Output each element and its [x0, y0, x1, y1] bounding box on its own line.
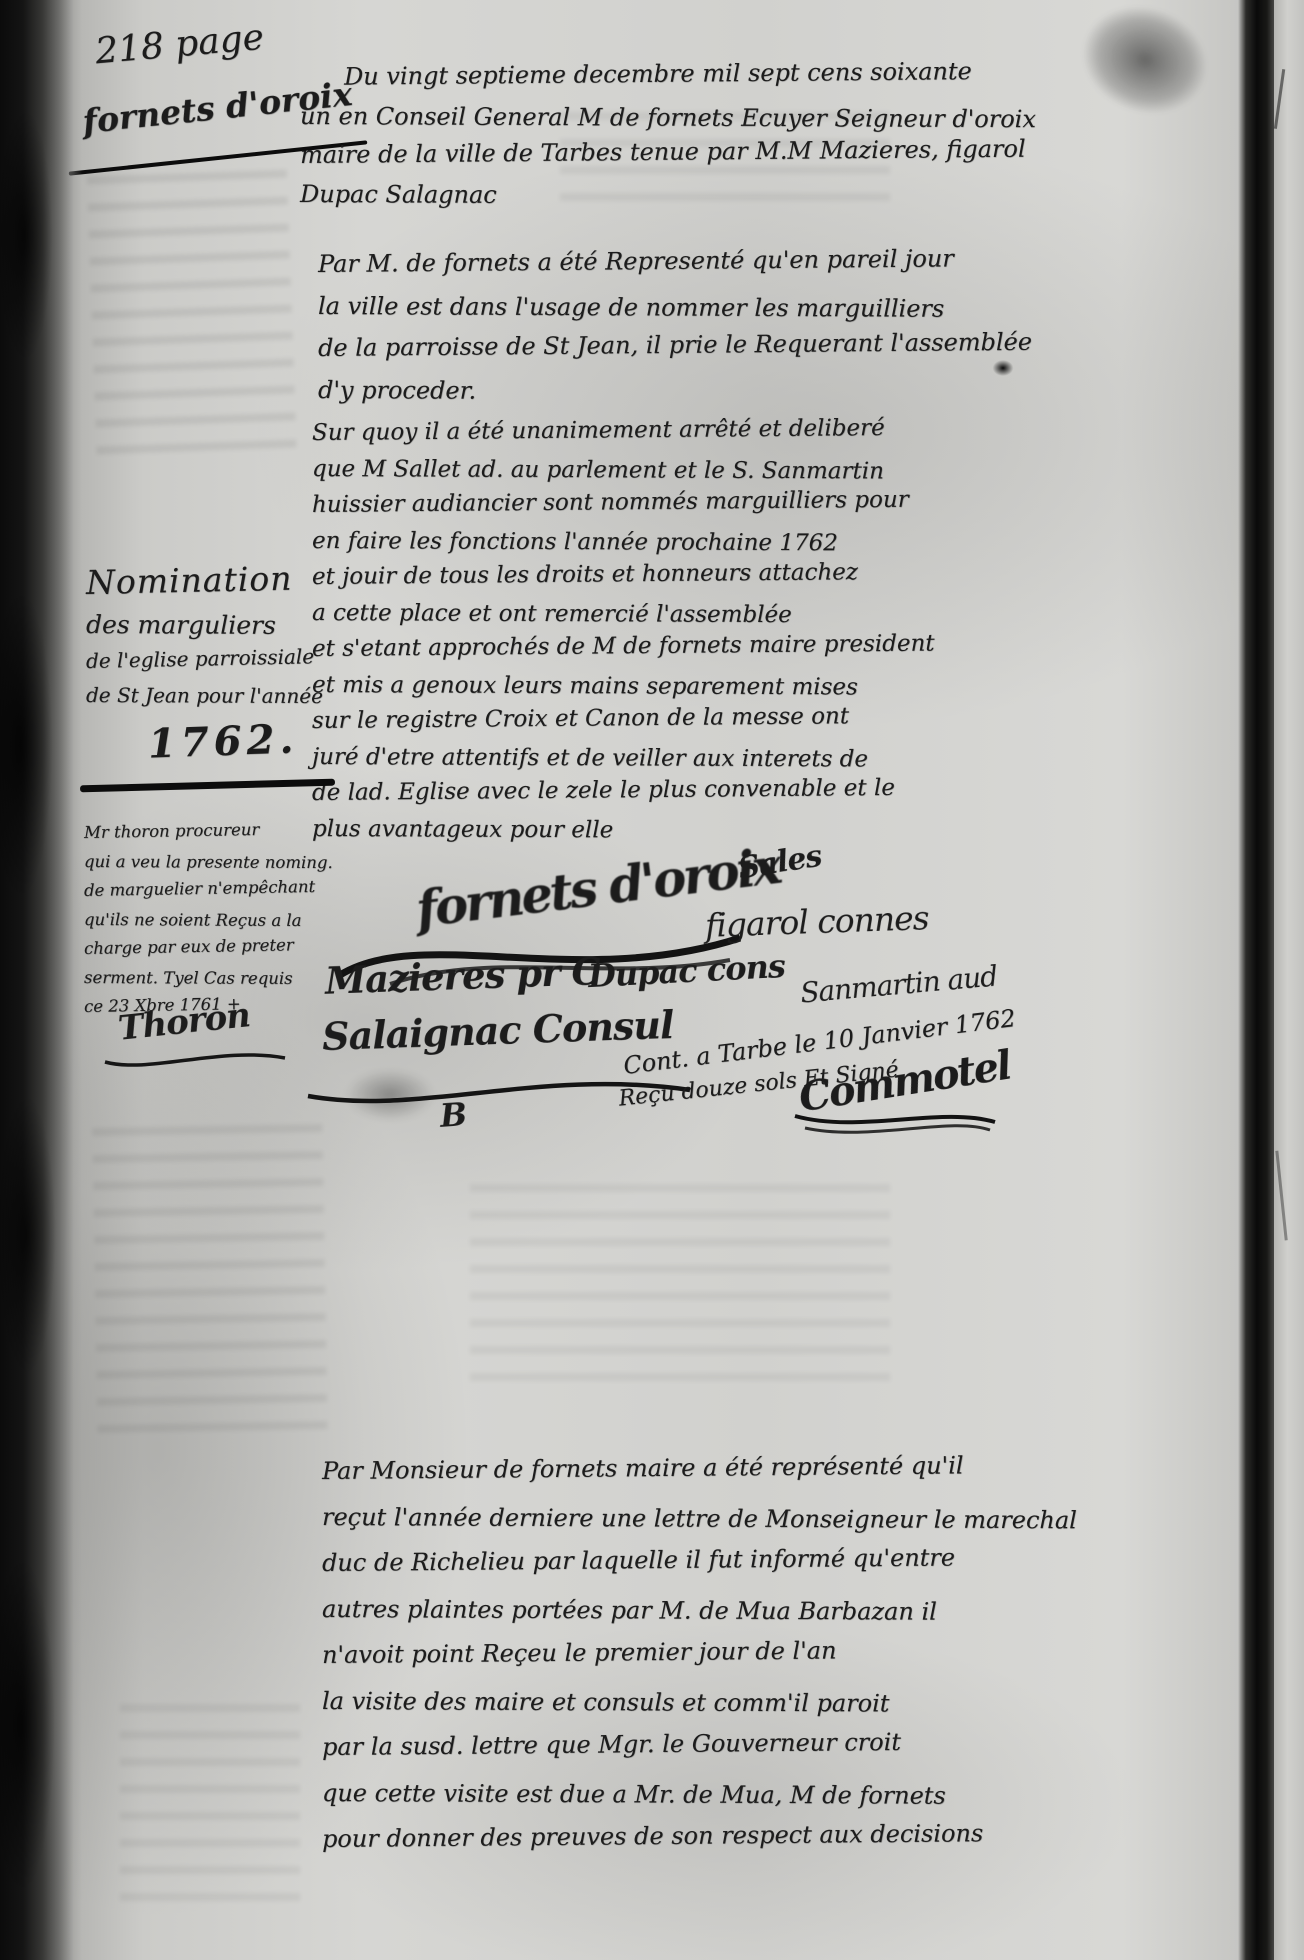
- text-line: sur le registre Croix et Canon de la mes…: [312, 697, 1032, 739]
- text-line: charge par eux de preter: [84, 930, 329, 963]
- sanmartin-signature: Sanmartin aud: [799, 959, 998, 1009]
- text-line: de lad. Eglise avec le zele le plus conv…: [312, 769, 1032, 811]
- page-gutter-shadow: [1238, 0, 1274, 1960]
- text-line: Par M. de fornets a été Representé qu'en…: [318, 237, 1033, 285]
- text-line: Nomination: [86, 555, 317, 606]
- manuscript-page-scan: 218 page fornets d'oroix Du vingt septie…: [0, 0, 1304, 1960]
- text-line: Sur quoy il a été unanimement arrêté et …: [312, 409, 1032, 451]
- figarol-signature: figarol connes: [704, 898, 929, 945]
- bleed-through-text: [92, 1118, 328, 1452]
- paragraph-opening: Du vingt septieme decembre mil sept cens…: [300, 58, 1030, 214]
- page-number: 218 page: [94, 17, 266, 73]
- text-line: duc de Richelieu par laquelle il fut inf…: [322, 1534, 1042, 1586]
- thoron-signature-flourish: [100, 1044, 290, 1074]
- adjacent-page-edge: [1274, 0, 1304, 1960]
- bleed-through-text: [470, 1180, 890, 1400]
- margin-act-title: Nominationdes marguliersde l'eglise parr…: [86, 560, 316, 712]
- text-line: pour donner des preuves de son respect a…: [322, 1810, 1042, 1862]
- bleed-through-text: [87, 167, 297, 474]
- margin-year-rule: [80, 779, 335, 793]
- edge-writing-fragment: [1275, 1150, 1298, 1241]
- book-binding-left: [0, 0, 82, 1960]
- commotel-flourish: [790, 1104, 1000, 1138]
- text-line: par la susd. lettre que Mgr. le Gouverne…: [322, 1718, 1042, 1770]
- paraph-mark: B: [439, 1095, 468, 1135]
- salaignac-signature: Salaignac Consul: [321, 1002, 674, 1059]
- text-line: de St Jean pour l'année: [86, 678, 316, 713]
- ink-smudge: [1041, 0, 1249, 155]
- mazieres-signature: Mazieres pr C: [324, 949, 600, 1003]
- text-line: d'y proceder.: [318, 369, 1033, 414]
- margin-procureur-note: Mr thoron procureurqui a veu la presente…: [84, 818, 329, 1021]
- edge-writing-fragment: [1274, 69, 1300, 131]
- text-line: et s'etant approchés de M de fornets mai…: [312, 625, 1032, 667]
- paragraph-request: Par M. de fornets a été Representé qu'en…: [318, 243, 1033, 411]
- text-line: Dupac Salagnac: [300, 175, 1030, 217]
- text-line: Par Monsieur de fornets maire a été repr…: [322, 1442, 1042, 1494]
- text-line: n'avoit point Reçeu le premier jour de l…: [322, 1626, 1042, 1678]
- text-line: Du vingt septieme decembre mil sept cens…: [300, 52, 1030, 97]
- text-line: plus avantageux pour elle: [312, 811, 1032, 850]
- text-line: de l'eglise parroissiale: [86, 639, 317, 678]
- paragraph-deliberation: Sur quoy il a été unanimement arrêté et …: [312, 415, 1032, 847]
- margin-year: 1762.: [147, 715, 299, 767]
- text-line: et jouir de tous les droits et honneurs …: [312, 553, 1032, 595]
- text-line: huissier audiancier sont nommés marguill…: [312, 481, 1032, 523]
- text-line: maire de la ville de Tarbes tenue par M.…: [300, 130, 1030, 175]
- bleed-through-text: [120, 1700, 300, 1920]
- text-line: de la parroisse de St Jean, il prie le R…: [318, 321, 1033, 369]
- text-line: de marguelier n'empêchant: [84, 872, 329, 905]
- paragraph-second-act: Par Monsieur de fornets maire a été repr…: [322, 1448, 1042, 1862]
- text-line: Mr thoron procureur: [84, 814, 329, 847]
